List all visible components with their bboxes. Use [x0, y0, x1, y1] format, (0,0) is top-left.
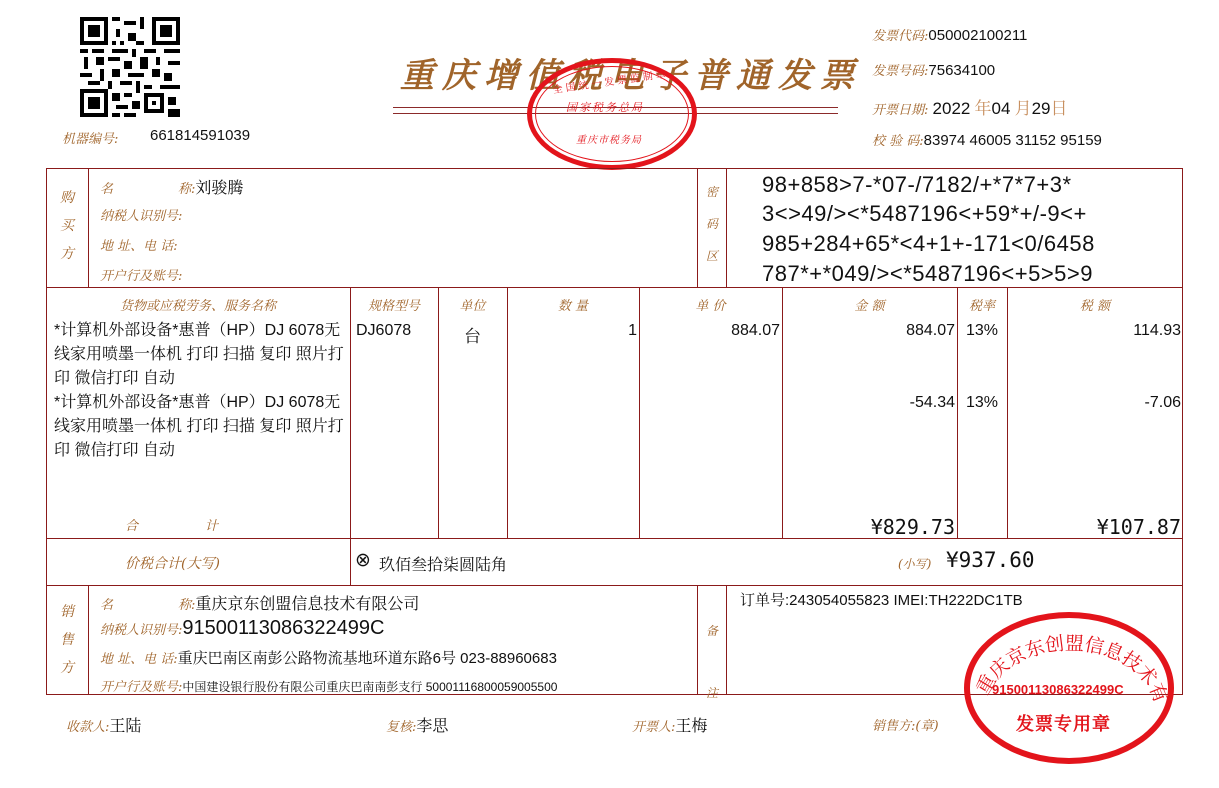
item-unit-price: 884.07 [639, 322, 780, 340]
payee-value: 王陆 [109, 718, 141, 735]
item-name: *计算机外部设备*惠普（HP）DJ 6078无线家用喷墨一体机 打印 扫描 复印… [54, 319, 344, 391]
machine-no-label: 机器编号: [62, 128, 118, 147]
col-header-name: 货物或应税劳务、服务名称 [46, 295, 350, 314]
seller-invoice-stamp: 重庆京东创盟信息技术有限公司 91500113086322499C 发票专用章 [964, 612, 1174, 764]
total-label: 合 [125, 515, 138, 534]
col-header-unit-price: 单 价 [639, 295, 782, 314]
date-year: 2022 [933, 99, 971, 118]
qr-code [80, 17, 180, 117]
divider [350, 287, 351, 585]
issuer-value: 王梅 [675, 718, 707, 735]
seller-address-value: 重庆巴南区南彭公路物流基地环道东路6号 023-88960683 [178, 650, 557, 667]
buyer-bank-row: 开户行及账号: [100, 265, 182, 285]
total-label: 计 [205, 515, 218, 534]
item-quantity: 1 [507, 322, 637, 340]
payee-row: 收款人:王陆 [66, 713, 141, 736]
seller-bank-row: 开户行及账号:中国建设银行股份有限公司重庆巴南南彭支行 500011168000… [100, 676, 557, 695]
stamp-middle-text: 国家税务总局 [566, 99, 644, 115]
col-header-amount: 金 额 [782, 295, 957, 314]
divider [46, 287, 1183, 288]
buyer-tax-id-row: 纳税人识别号: [100, 205, 182, 225]
total-tax: ¥107.87 [1007, 515, 1181, 539]
tax-authority-stamp: 全国统一发票监制章 国家税务总局 重庆市税务局 [527, 58, 697, 170]
machine-no-value: 661814591039 [150, 127, 250, 144]
seller-name-label: 名 称: [100, 598, 195, 613]
password-side-char: 码 [697, 208, 727, 240]
check-code-label: 校 验 码: [872, 134, 924, 149]
item-spec: DJ6078 [356, 322, 411, 340]
password-side-char: 密 [697, 176, 727, 208]
item-tax: 114.93 [1007, 322, 1181, 340]
buyer-side-char: 买 [52, 212, 82, 240]
buyer-side-char: 方 [52, 240, 82, 268]
item-tax: -7.06 [1007, 394, 1181, 412]
invoice-no-label: 发票号码: [872, 64, 928, 79]
seller-tax-id-value: 91500113086322499C [182, 617, 384, 639]
item-unit: 台 [438, 322, 507, 347]
seller-seal-label: 销售方:(章) [872, 719, 939, 734]
col-header-spec: 规格型号 [350, 295, 438, 314]
stamp-tax-id: 91500113086322499C [992, 682, 1124, 697]
seller-address-row: 地 址、电 话:重庆巴南区南彭公路物流基地环道东路6号 023-88960683 [100, 647, 557, 668]
cross-circle-icon: ⊗ [355, 549, 371, 571]
grand-total-small: ¥937.60 [946, 548, 1035, 572]
stamp-bottom-text: 发票专用章 [1016, 710, 1111, 736]
item-tax-rate: 13% [957, 394, 1007, 412]
issue-date-row: 开票日期: 2022 年04 月29日 [872, 94, 1067, 119]
item-tax-rate: 13% [957, 322, 1007, 340]
invoice-no-row: 发票号码:75634100 [872, 60, 995, 79]
issue-date-label: 开票日期: [872, 103, 928, 118]
seller-tax-id-row: 纳税人识别号:91500113086322499C [100, 617, 384, 640]
item-amount: -54.34 [782, 394, 955, 412]
issuer-label: 开票人: [632, 720, 675, 735]
buyer-name-row: 名 称:刘骏腾 [100, 175, 243, 198]
divider [88, 585, 89, 695]
col-header-tax-rate: 税率 [957, 295, 1007, 314]
total-amount: ¥829.73 [782, 515, 955, 539]
seller-bank-value: 中国建设银行股份有限公司重庆巴南南彭支行 5000111680005900550… [182, 680, 557, 694]
reviewer-label: 复核: [386, 720, 416, 735]
buyer-side-char: 购 [52, 184, 82, 212]
password-line: 985+284+65*<4+1+-171<0/6458 [762, 231, 1095, 257]
invoice-no-value: 75634100 [928, 62, 995, 79]
grand-total-small-label: (小写) [898, 555, 931, 572]
divider [46, 585, 1183, 586]
reviewer-row: 复核:李思 [386, 713, 448, 736]
buyer-bank-label: 开户行及账号: [100, 269, 182, 284]
password-line: 98+858>7-*07-/7182/+*7*7+3* [762, 172, 1072, 198]
stamp-bottom-text: 重庆市税务局 [576, 131, 642, 146]
check-code-value: 83974 46005 31152 95159 [924, 132, 1102, 149]
col-header-unit: 单位 [438, 295, 507, 314]
buyer-name-label: 名 称: [100, 182, 195, 197]
buyer-address-row: 地 址、电 话: [100, 235, 178, 255]
check-code-row: 校 验 码:83974 46005 31152 95159 [872, 130, 1102, 149]
item-name: *计算机外部设备*惠普（HP）DJ 6078无线家用喷墨一体机 打印 扫描 复印… [54, 391, 344, 463]
remarks-side-char: 备 [697, 600, 727, 662]
seller-side-label: 销 售 方 [52, 598, 82, 682]
date-month: 04 [992, 99, 1011, 118]
buyer-side-label: 购 买 方 [52, 184, 82, 268]
seller-name-value: 重庆京东创盟信息技术有限公司 [195, 596, 419, 613]
reviewer-value: 李思 [416, 718, 448, 735]
invoice-code-label: 发票代码: [872, 29, 928, 44]
remarks-side-label: 备 注 [697, 600, 727, 724]
seller-name-row: 名 称:重庆京东创盟信息技术有限公司 [100, 591, 419, 614]
payee-label: 收款人: [66, 720, 109, 735]
grand-total-words: 玖佰叁拾柒圆陆角 [379, 552, 507, 575]
divider [88, 168, 89, 287]
password-side-label: 密 码 区 [697, 176, 727, 272]
seller-side-char: 售 [52, 626, 82, 654]
password-side-char: 区 [697, 240, 727, 272]
date-day: 29 [1032, 99, 1051, 118]
password-line: 3<>49/><*5487196<+59*+/-9<+ [762, 201, 1087, 227]
seller-side-char: 销 [52, 598, 82, 626]
seller-address-label: 地 址、电 话: [100, 652, 178, 667]
buyer-tax-id-label: 纳税人识别号: [100, 209, 182, 224]
grand-total-words-label: 价税合计(大写) [125, 553, 220, 573]
col-header-quantity: 数 量 [507, 295, 639, 314]
seller-bank-label: 开户行及账号: [100, 680, 182, 695]
invoice-code-value: 050002100211 [928, 27, 1027, 44]
seller-seal-row: 销售方:(章) [872, 715, 939, 734]
date-year-unit: 年 [975, 99, 992, 119]
seller-side-char: 方 [52, 654, 82, 682]
item-amount: 884.07 [782, 322, 955, 340]
buyer-name-value: 刘骏腾 [195, 180, 243, 197]
date-month-unit: 月 [1015, 99, 1032, 119]
remarks-text: 订单号:243054055823 IMEI:TH222DC1TB [740, 589, 1023, 610]
seller-tax-id-label: 纳税人识别号: [100, 623, 182, 638]
password-line: 787*+*049/><*5487196<+5>5>9 [762, 261, 1093, 287]
col-header-tax: 税 额 [1007, 295, 1183, 314]
invoice-code-row: 发票代码:050002100211 [872, 25, 1027, 44]
date-day-unit: 日 [1050, 99, 1067, 119]
buyer-address-label: 地 址、电 话: [100, 239, 178, 254]
issuer-row: 开票人:王梅 [632, 713, 707, 736]
